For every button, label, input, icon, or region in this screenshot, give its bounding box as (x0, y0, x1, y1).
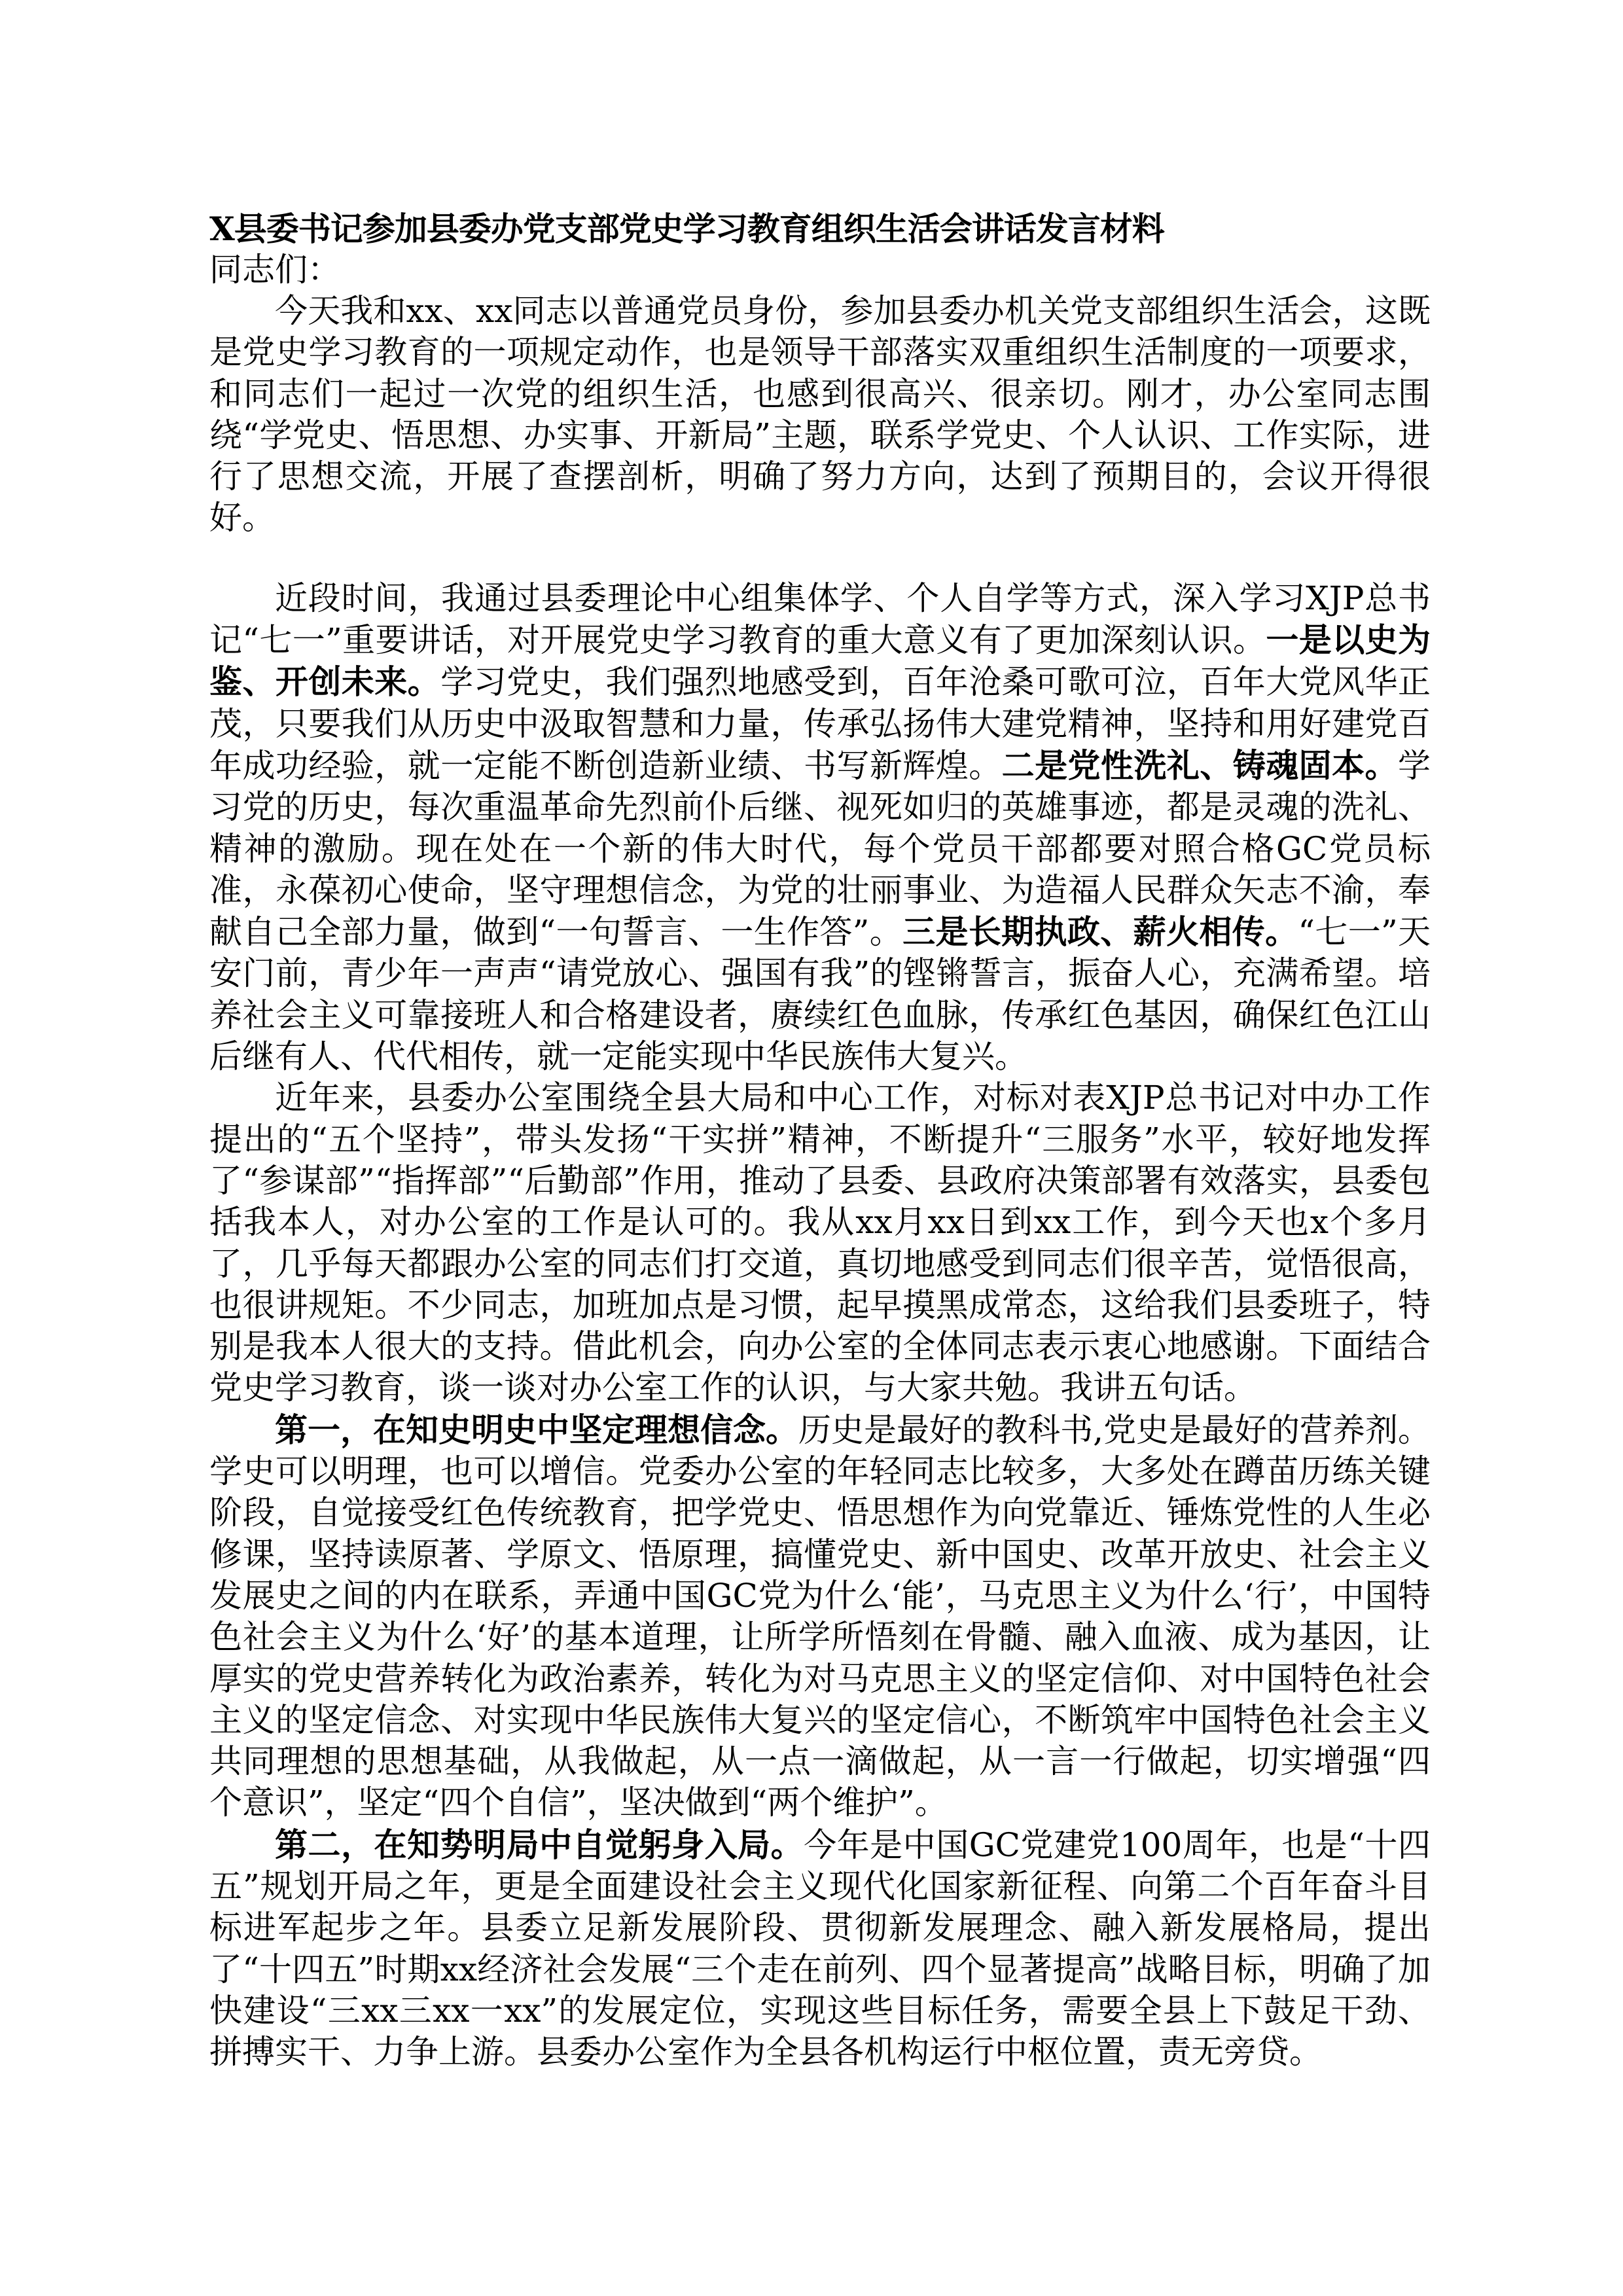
paragraph-point-first: 第一，在知史明史中坚定理想信念。历史是最好的教科书,党史是最好的营养剂。学史可以… (209, 1409, 1431, 1824)
paragraph-opening: 今天我和xx、xx同志以普通党员身份，参加县委办机关党支部组织生活会，这既是党史… (209, 291, 1431, 539)
bold-point-two: 二是党性洗礼、铸魂固本。 (1002, 746, 1398, 785)
paragraph-text: 近段时间，我通过县委理论中心组集体学、个人自学等方式，深入学习XJP总书记“七一… (209, 579, 1431, 659)
section-heading-first: 第一，在知史明史中坚定理想信念。 (275, 1410, 798, 1449)
salutation: 同志们： (209, 249, 1431, 291)
paragraph-office-work: 近年来，县委办公室围绕全县大局和中心工作，对标对表XJP总书记对中办工作提出的“… (209, 1077, 1431, 1408)
paragraph-text: 今天我和xx、xx同志以普通党员身份，参加县委办机关党支部组织生活会，这既是党史… (209, 292, 1431, 537)
paragraph-study-reflection: 近段时间，我通过县委理论中心组集体学、个人自学等方式，深入学习XJP总书记“七一… (209, 578, 1431, 1078)
paragraph-text: 近年来，县委办公室围绕全县大局和中心工作，对标对表XJP总书记对中办工作提出的“… (209, 1079, 1431, 1407)
document-title: X县委书记参加县委办党支部党史学习教育组织生活会讲话发言材料 (209, 208, 1431, 249)
document-page: X县委书记参加县委办党支部党史学习教育组织生活会讲话发言材料 同志们： 今天我和… (209, 208, 1431, 2073)
section-heading-second: 第二，在知势明局中自觉躬身入局。 (275, 1825, 804, 1864)
paragraph-text: 历史是最好的教科书,党史是最好的营养剂。学史可以明理，也可以增信。党委办公室的年… (209, 1411, 1431, 1822)
paragraph-point-second: 第二，在知势明局中自觉躬身入局。今年是中国GC党建党100周年，也是“十四五”规… (209, 1824, 1431, 2073)
bold-point-three: 三是长期执政、薪火相传。 (902, 912, 1298, 951)
